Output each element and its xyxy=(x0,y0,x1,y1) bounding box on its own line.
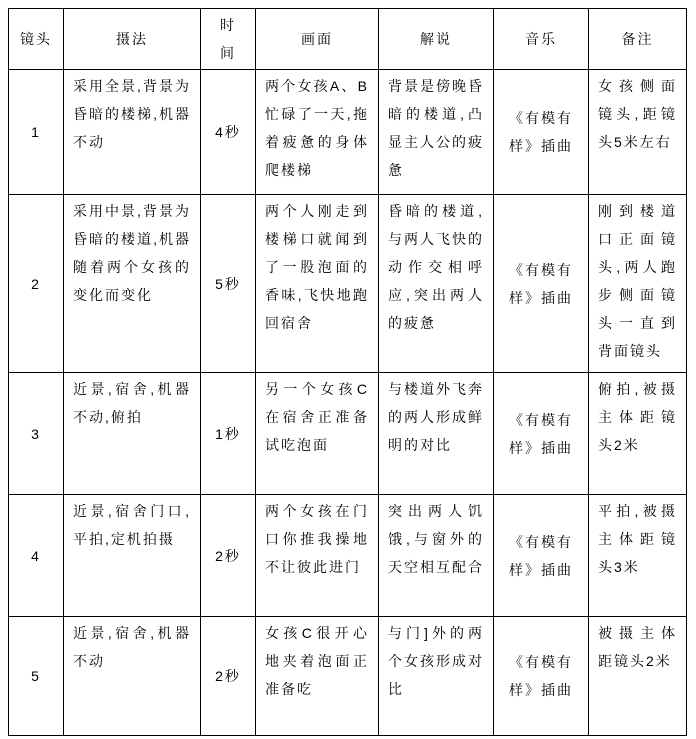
cell-time: 2秒 xyxy=(201,617,256,736)
col-header-music-label: 音乐 xyxy=(525,31,557,47)
col-header-narration-label: 解说 xyxy=(420,31,452,47)
storyboard-table: 镜头 摄法 时间 画面 解说 音乐 备注 1 采用全景,背景为昏暗的楼梯,机器不… xyxy=(8,8,687,736)
cell-shot: 4 xyxy=(9,495,64,617)
cell-time: 4秒 xyxy=(201,70,256,195)
cell-method: 采用中景,背景为昏暗的楼道,机器随着两个女孩的变化而变化 xyxy=(64,195,201,373)
table-row: 3 近景,宿舍,机器不动,俯拍 1秒 另一个女孩C在宿舍正准备试吃泡面 与楼道外… xyxy=(9,373,687,495)
cell-method: 近景,宿舍门口,平拍,定机拍摄 xyxy=(64,495,201,617)
cell-picture: 女孩C很开心地夹着泡面正准备吃 xyxy=(256,617,379,736)
cell-time: 5秒 xyxy=(201,195,256,373)
col-header-shot: 镜头 xyxy=(9,9,64,70)
cell-music: 《有模有样》插曲 xyxy=(494,195,589,373)
col-header-note-label: 备注 xyxy=(622,31,654,47)
cell-shot: 1 xyxy=(9,70,64,195)
cell-narration: 突出两人饥饿,与窗外的天空相互配合 xyxy=(379,495,494,617)
cell-shot: 3 xyxy=(9,373,64,495)
cell-method: 近景,宿舍,机器不动,俯拍 xyxy=(64,373,201,495)
cell-note: 俯拍,被摄主体距镜头2米 xyxy=(589,373,687,495)
col-header-shot-label: 镜头 xyxy=(20,31,52,47)
cell-music: 《有模有样》插曲 xyxy=(494,495,589,617)
col-header-picture-label: 画面 xyxy=(301,31,333,47)
cell-note: 女孩侧面镜头,距镜头5米左右 xyxy=(589,70,687,195)
cell-shot: 5 xyxy=(9,617,64,736)
cell-picture: 另一个女孩C在宿舍正准备试吃泡面 xyxy=(256,373,379,495)
table-row: 4 近景,宿舍门口,平拍,定机拍摄 2秒 两个女孩在门口你推我操地不让彼此进门 … xyxy=(9,495,687,617)
cell-method: 近景,宿舍,机器不动 xyxy=(64,617,201,736)
col-header-method-label: 摄法 xyxy=(116,31,148,47)
cell-narration: 昏暗的楼道,与两人飞快的动作交相呼应,突出两人的疲惫 xyxy=(379,195,494,373)
table-row: 1 采用全景,背景为昏暗的楼梯,机器不动 4秒 两个女孩A、B忙碌了一天,拖着疲… xyxy=(9,70,687,195)
col-header-time: 时间 xyxy=(201,9,256,70)
cell-narration: 背景是傍晚昏暗的楼道,凸显主人公的疲惫 xyxy=(379,70,494,195)
cell-note: 平拍,被摄主体距镜头3米 xyxy=(589,495,687,617)
cell-picture: 两个女孩A、B忙碌了一天,拖着疲惫的身体爬楼梯 xyxy=(256,70,379,195)
cell-method: 采用全景,背景为昏暗的楼梯,机器不动 xyxy=(64,70,201,195)
header-row: 镜头 摄法 时间 画面 解说 音乐 备注 xyxy=(9,9,687,70)
col-header-picture: 画面 xyxy=(256,9,379,70)
cell-shot: 2 xyxy=(9,195,64,373)
cell-time: 2秒 xyxy=(201,495,256,617)
cell-time: 1秒 xyxy=(201,373,256,495)
cell-note: 刚到楼道口正面镜头,两人跑步侧面镜头一直到背面镜头 xyxy=(589,195,687,373)
cell-music: 《有模有样》插曲 xyxy=(494,70,589,195)
cell-music: 《有模有样》插曲 xyxy=(494,617,589,736)
col-header-music: 音乐 xyxy=(494,9,589,70)
cell-music: 《有模有样》插曲 xyxy=(494,373,589,495)
table-row: 5 近景,宿舍,机器不动 2秒 女孩C很开心地夹着泡面正准备吃 与门]外的两个女… xyxy=(9,617,687,736)
col-header-time-label: 时间 xyxy=(220,11,237,67)
col-header-note: 备注 xyxy=(589,9,687,70)
cell-note: 被摄主体距镜头2米 xyxy=(589,617,687,736)
col-header-method: 摄法 xyxy=(64,9,201,70)
cell-narration: 与楼道外飞奔的两人形成鲜明的对比 xyxy=(379,373,494,495)
table-row: 2 采用中景,背景为昏暗的楼道,机器随着两个女孩的变化而变化 5秒 两个人刚走到… xyxy=(9,195,687,373)
cell-picture: 两个人刚走到楼梯口就闻到了一股泡面的香味,飞快地跑回宿舍 xyxy=(256,195,379,373)
col-header-narration: 解说 xyxy=(379,9,494,70)
cell-picture: 两个女孩在门口你推我操地不让彼此进门 xyxy=(256,495,379,617)
cell-narration: 与门]外的两个女孩形成对比 xyxy=(379,617,494,736)
